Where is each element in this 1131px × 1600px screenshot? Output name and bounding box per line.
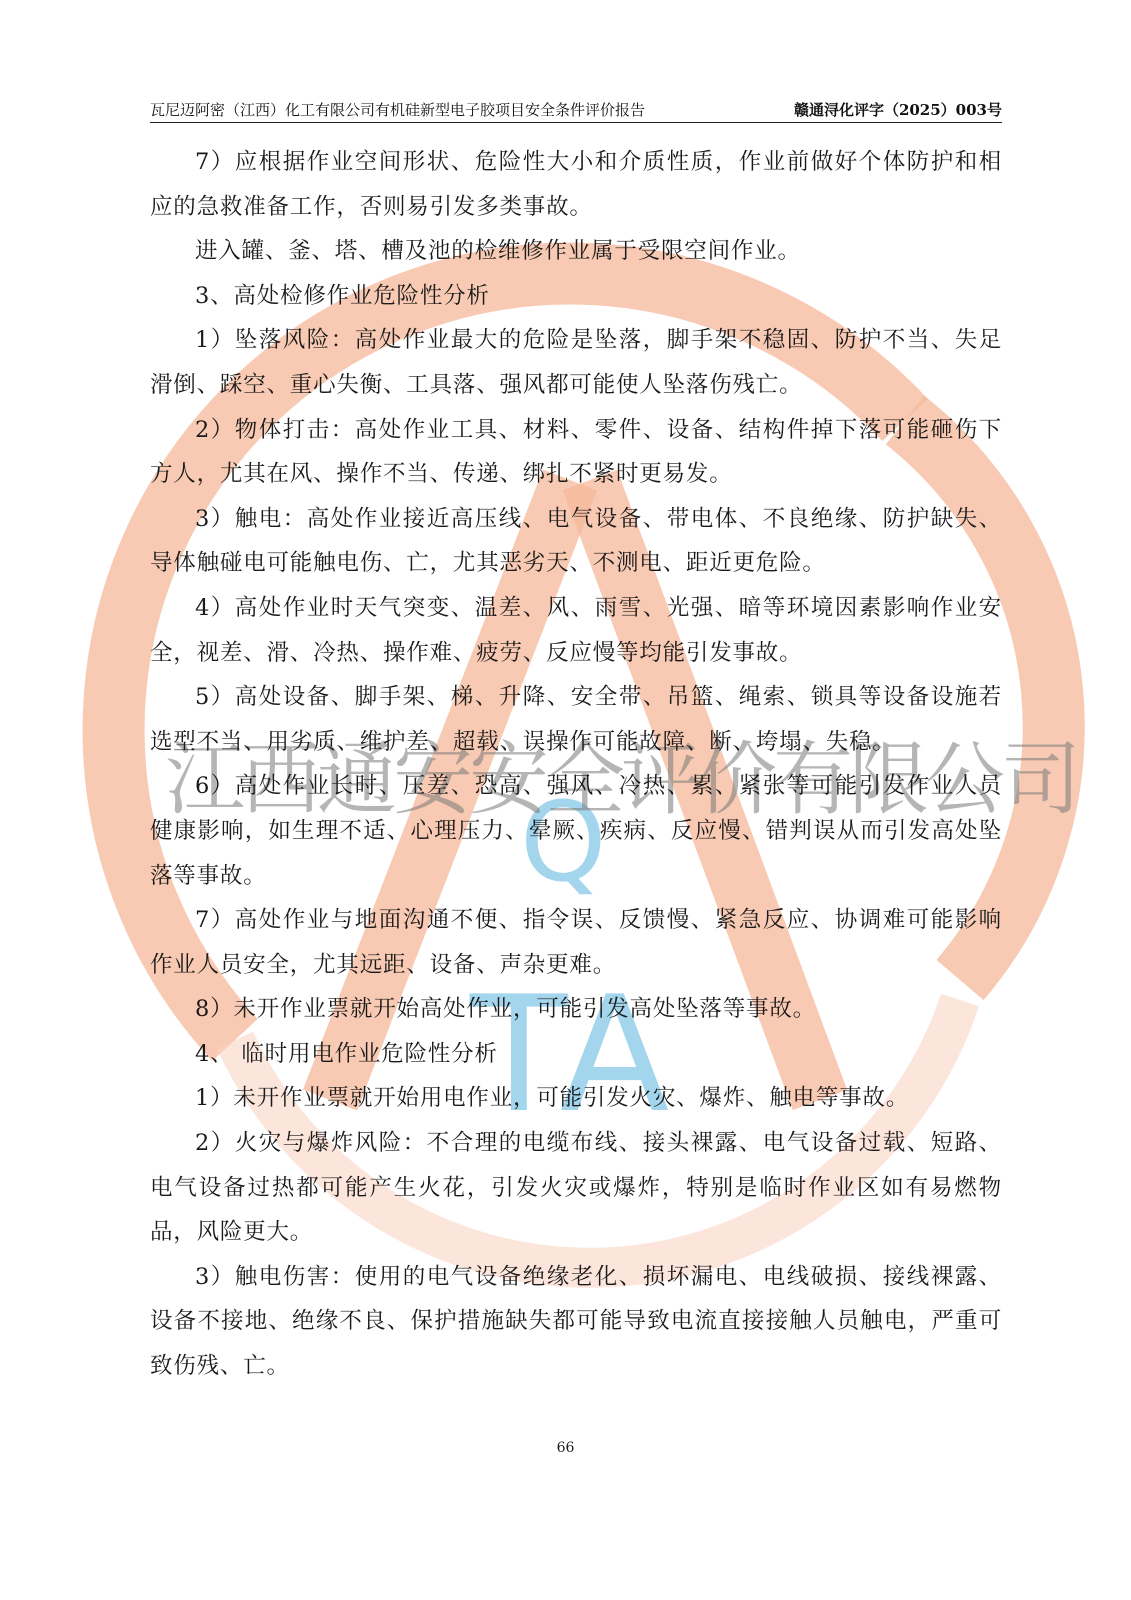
paragraph: 2）物体打击：高处作业工具、材料、零件、设备、结构件掉下落可能砸伤下方人，尤其在… — [150, 408, 1002, 497]
paragraph: 5）高处设备、脚手架、梯、升降、安全带、吊篮、绳索、锁具等设备设施若选型不当、用… — [150, 675, 1002, 764]
paragraph: 8）未开作业票就开始高处作业，可能引发高处坠落等事故。 — [150, 987, 1002, 1032]
paragraph: 3）触电：高处作业接近高压线、电气设备、带电体、不良绝缘、防护缺失、导体触碰电可… — [150, 497, 1002, 586]
paragraph: 4）高处作业时天气突变、温差、风、雨雪、光强、暗等环境因素影响作业安全，视差、滑… — [150, 586, 1002, 675]
paragraph: 1）未开作业票就开始用电作业，可能引发火灾、爆炸、触电等事故。 — [150, 1076, 1002, 1121]
paragraph: 7）高处作业与地面沟通不便、指令误、反馈慢、紧急反应、协调难可能影响作业人员安全… — [150, 898, 1002, 987]
page-number: 66 — [0, 1440, 1131, 1456]
header-report-number: 赣通浔化评字（2025）003号 — [794, 99, 1002, 120]
header-report-title: 瓦尼迈阿密（江西）化工有限公司有机硅新型电子胶项目安全条件评价报告 — [150, 99, 645, 120]
section-heading: 4、 临时用电作业危险性分析 — [150, 1032, 1002, 1077]
paragraph: 3）触电伤害：使用的电气设备绝缘老化、损坏漏电、电线破损、接线裸露、设备不接地、… — [150, 1255, 1002, 1389]
paragraph: 1）坠落风险：高处作业最大的危险是坠落，脚手架不稳固、防护不当、失足滑倒、踩空、… — [150, 318, 1002, 407]
paragraph: 2）火灾与爆炸风险：不合理的电缆布线、接头裸露、电气设备过载、短路、电气设备过热… — [150, 1121, 1002, 1255]
section-heading: 3、高处检修作业危险性分析 — [150, 274, 1002, 319]
document-body: 7）应根据作业空间形状、危险性大小和介质性质，作业前做好个体防护和相应的急救准备… — [150, 140, 1002, 1389]
running-header: 瓦尼迈阿密（江西）化工有限公司有机硅新型电子胶项目安全条件评价报告 赣通浔化评字… — [150, 96, 1002, 123]
paragraph: 进入罐、釜、塔、槽及池的检维修作业属于受限空间作业。 — [150, 229, 1002, 274]
paragraph: 6）高处作业长时、压差、恐高、强风、冷热、累、紧张等可能引发作业人员健康影响，如… — [150, 764, 1002, 898]
paragraph: 7）应根据作业空间形状、危险性大小和介质性质，作业前做好个体防护和相应的急救准备… — [150, 140, 1002, 229]
